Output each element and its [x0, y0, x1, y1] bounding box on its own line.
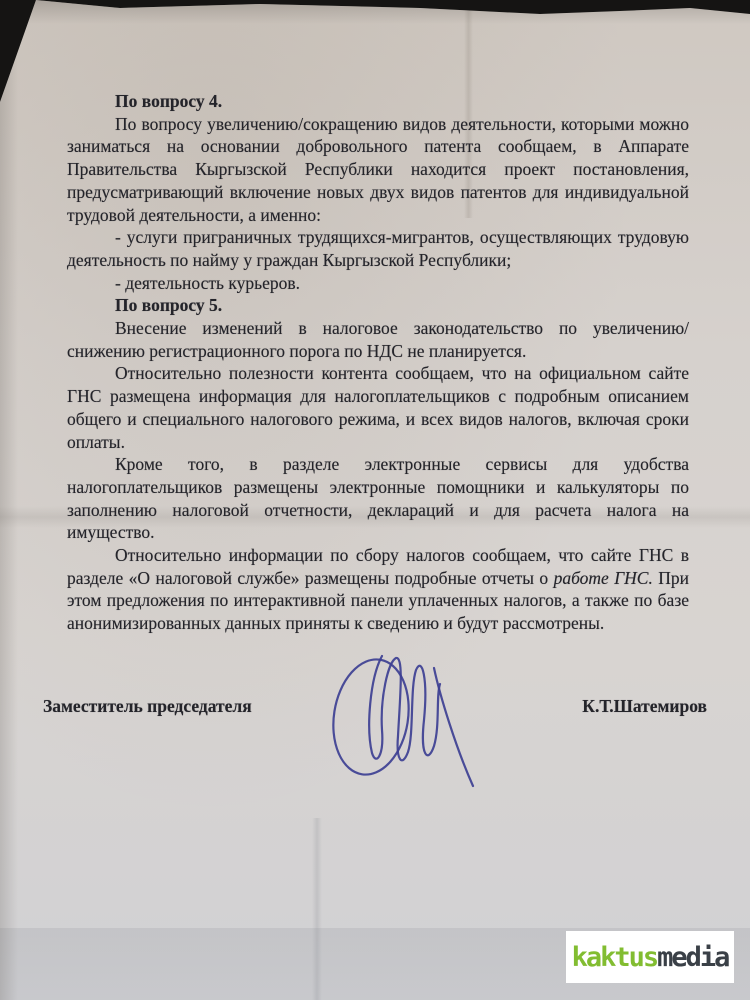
signoff-title: Заместитель председателя	[43, 696, 252, 717]
document-heading: По вопросу 5.	[67, 294, 689, 317]
document-paragraph: По вопросу увеличению/сокращению видов д…	[67, 113, 689, 227]
photo-background: По вопросу 4.По вопросу увеличению/сокра…	[0, 0, 750, 1000]
text-run: Кроме того, в разделе электронные сервис…	[67, 454, 689, 542]
document-paragraph: - услуги приграничных трудящихся-мигрант…	[67, 226, 689, 271]
kaktusmedia-watermark: kaktusmedia	[566, 931, 734, 983]
text-run: Относительно полезности контента сообщае…	[67, 363, 689, 451]
text-run: По вопросу 4.	[115, 91, 222, 111]
document-heading: По вопросу 4.	[67, 90, 689, 113]
watermark-kaktus-label: kaktus	[572, 944, 658, 971]
text-run: По вопросу увеличению/сокращению видов д…	[67, 114, 689, 225]
text-run: Внесение изменений в налоговое законодат…	[67, 318, 689, 361]
document-paper: По вопросу 4.По вопросу увеличению/сокра…	[0, 0, 750, 1000]
signoff-name: К.Т.Шатемиров	[582, 696, 707, 717]
signature-ink	[330, 648, 480, 793]
text-run: По вопросу 5.	[115, 295, 222, 315]
document-paragraph: Внесение изменений в налоговое законодат…	[67, 317, 689, 362]
document-paragraph: Относительно полезности контента сообщае…	[67, 362, 689, 453]
document-text: По вопросу 4.По вопросу увеличению/сокра…	[67, 90, 689, 635]
text-run: - деятельность курьеров.	[115, 273, 300, 293]
watermark-media-label: media	[657, 944, 728, 971]
document-paragraph: - деятельность курьеров.	[67, 272, 689, 295]
italic-text-run: работе ГНС.	[554, 568, 653, 588]
document-paragraph: Относительно информации по сбору налогов…	[67, 544, 689, 635]
document-paragraph: Кроме того, в разделе электронные сервис…	[67, 453, 689, 544]
text-run: - услуги приграничных трудящихся-мигрант…	[67, 227, 689, 270]
